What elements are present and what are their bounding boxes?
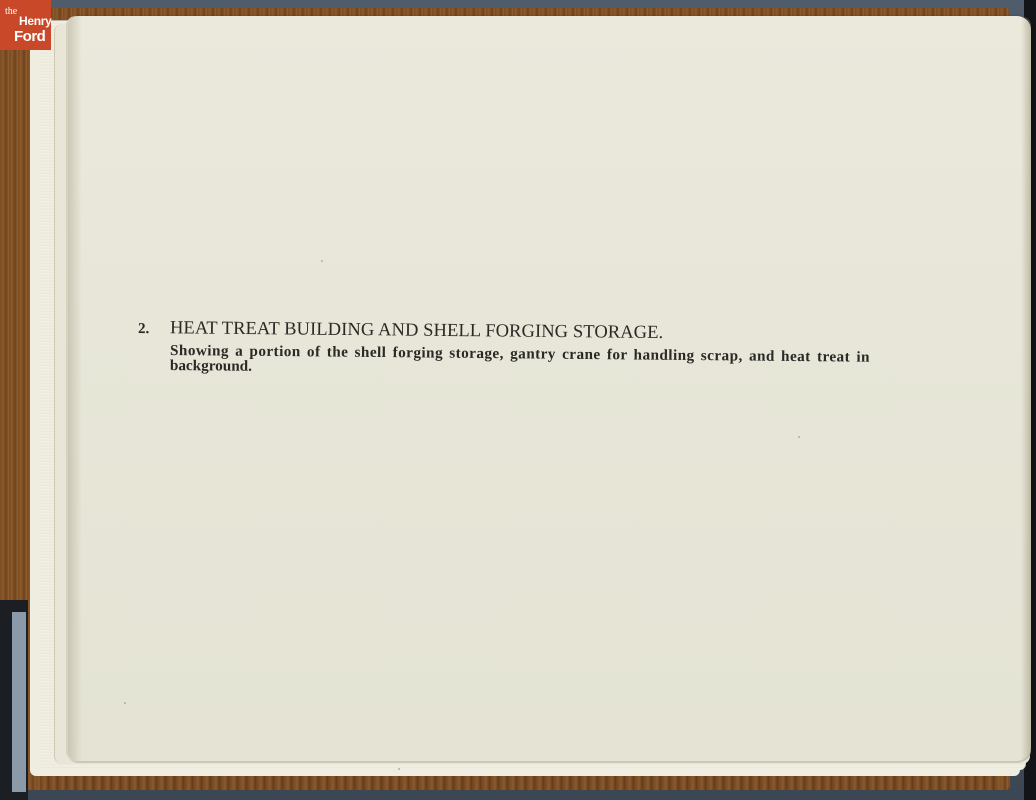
paper-speck [124,702,126,704]
logo-text-ford: Ford [14,29,45,44]
logo-text-the: the [5,7,17,17]
paper-speck [398,768,400,770]
caption-title: HEAT TREAT BUILDING AND SHELL FORGING ST… [170,318,664,344]
paper-speck [321,260,323,262]
album-page [68,16,1031,761]
page-gutter-shadow [68,16,82,761]
cover-cloth-lining [12,612,26,792]
page-fore-edge-shadow [1021,16,1031,761]
photo-caption: 2. HEAT TREAT BUILDING AND SHELL FORGING… [138,318,928,373]
paper-speck [798,436,800,438]
logo-text-henry: Henry [19,15,52,27]
caption-number: 2. [138,321,170,338]
henry-ford-logo: the Henry Ford [0,0,51,50]
